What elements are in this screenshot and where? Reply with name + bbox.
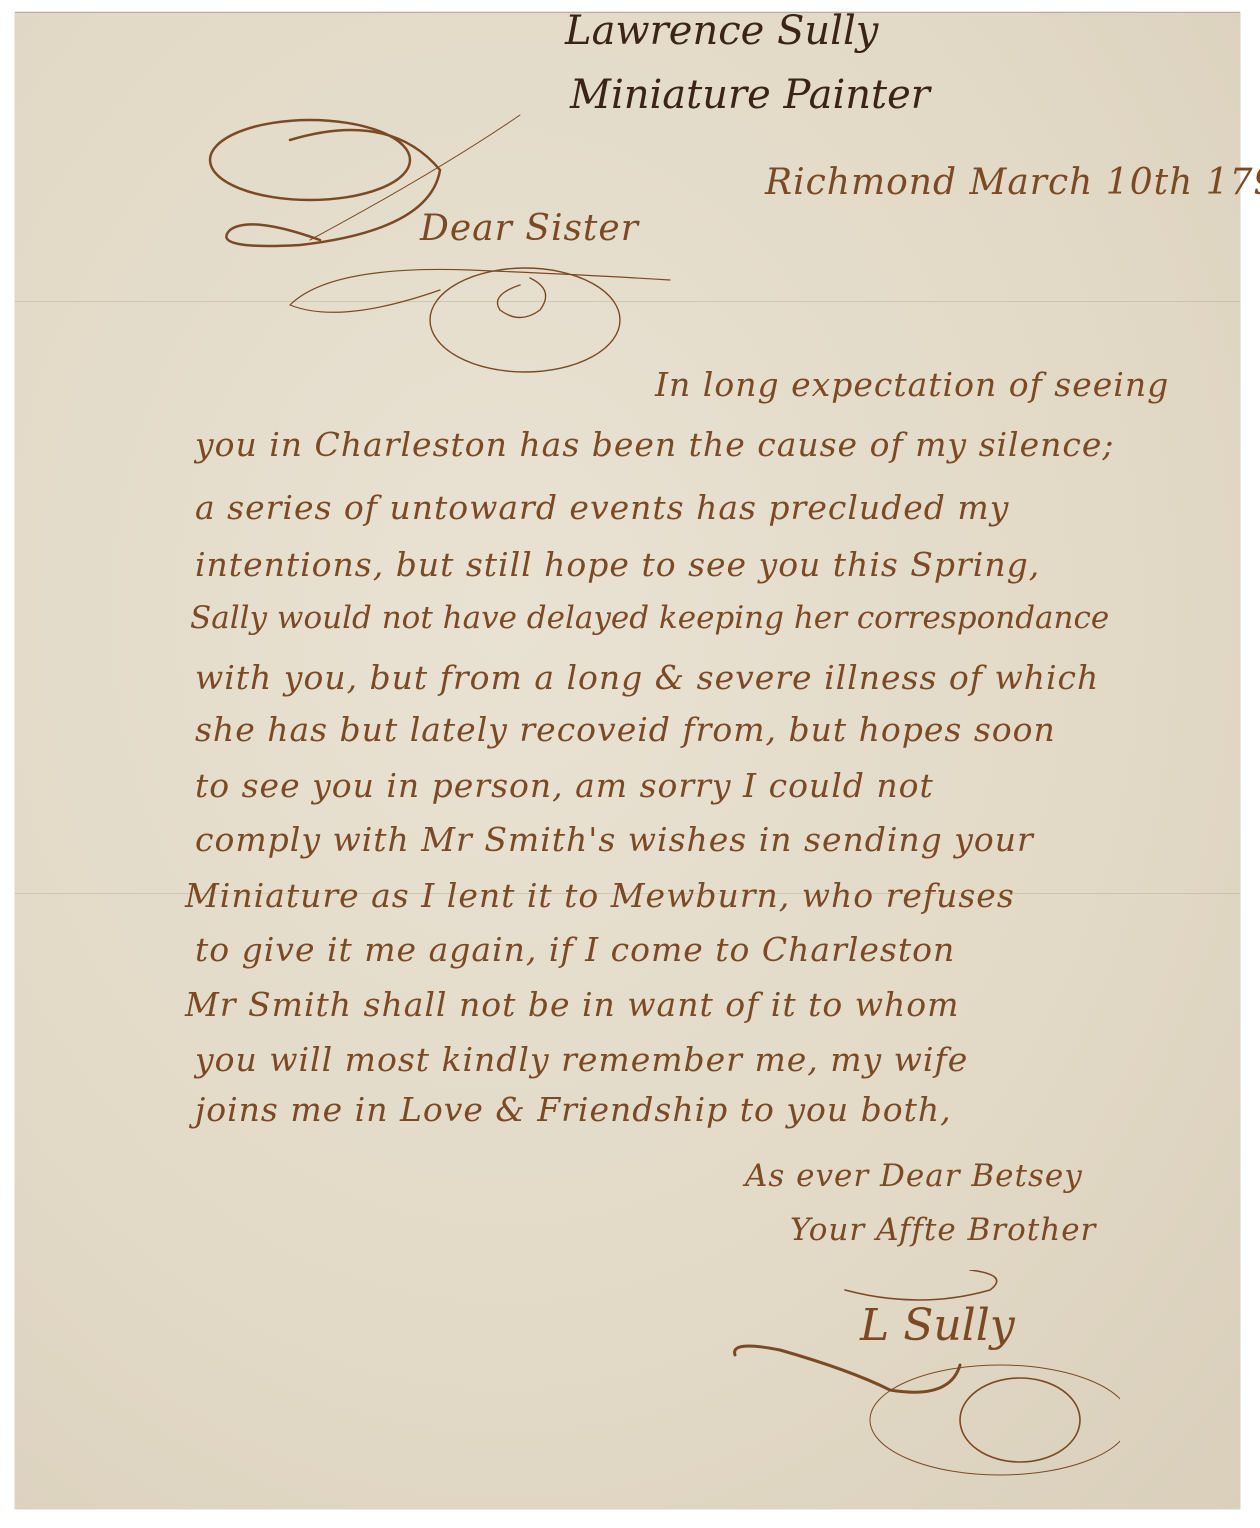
body-line: comply with Mr Smith's wishes in sending… — [195, 820, 1034, 859]
body-line: a series of untoward events has preclude… — [195, 488, 1009, 527]
body-line: you will most kindly remember me, my wif… — [195, 1040, 968, 1079]
closing-line: As ever Dear Betsey — [745, 1158, 1083, 1194]
closing-line: Your Affte Brother — [790, 1212, 1096, 1248]
body-line: intentions, but still hope to see you th… — [195, 545, 1040, 584]
dateline-date: March 10th 1796. — [969, 162, 1260, 203]
dateline-place: Richmond — [765, 162, 957, 203]
body-line: Sally would not have delayed keeping her… — [190, 600, 1109, 636]
header-name: Lawrence Sully — [565, 8, 878, 54]
body-line: In long expectation of seeing — [655, 365, 1169, 404]
salutation: Dear Sister — [420, 208, 639, 249]
body-line: Miniature as I lent it to Mewburn, who r… — [185, 876, 1015, 915]
body-line: joins me in Love & Friendship to you bot… — [195, 1090, 952, 1129]
body-line: to see you in person, am sorry I could n… — [195, 766, 934, 805]
body-line: with you, but from a long & severe illne… — [195, 658, 1099, 697]
dateline: Richmond March 10th 1796. — [765, 162, 1260, 203]
body-line: to give it me again, if I come to Charle… — [195, 930, 955, 969]
body-line: Mr Smith shall not be in want of it to w… — [185, 985, 959, 1024]
body-line: she has but lately recoveid from, but ho… — [195, 710, 1056, 749]
signature: L Sully — [860, 1300, 1015, 1351]
body-line: you in Charleston has been the cause of … — [195, 425, 1115, 464]
